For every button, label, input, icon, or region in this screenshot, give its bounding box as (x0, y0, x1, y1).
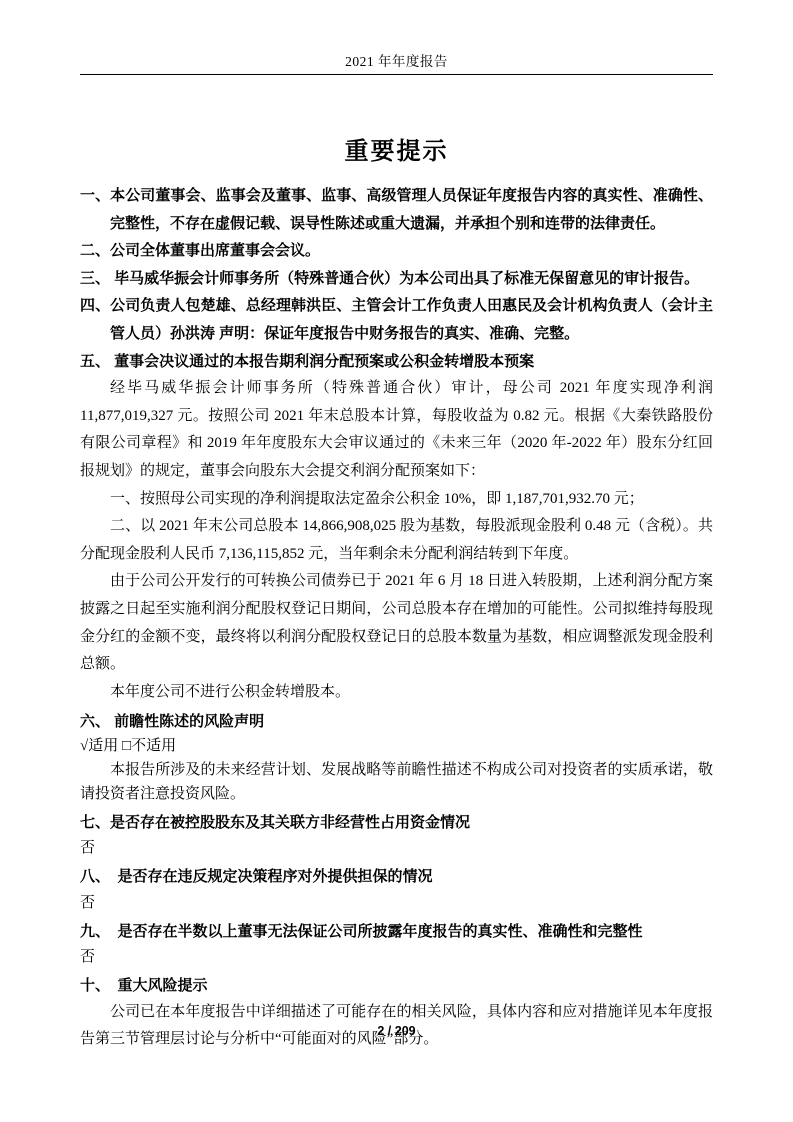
section-9-heading: 九、 是否存在半数以上董事无法保证公司所披露年度报告的真实性、准确性和完整性 (80, 920, 713, 945)
section-6-heading: 六、 前瞻性陈述的风险声明 (80, 710, 713, 735)
applicable-label: 适用 (88, 738, 118, 754)
section-7-heading: 七、是否存在被控股股东及其关联方非经营性占用资金情况 (80, 811, 713, 836)
page-title: 重要提示 (80, 131, 713, 166)
not-applicable-label: 不适用 (131, 738, 176, 754)
page-number: 2 / 209 (0, 1024, 793, 1038)
section-6-paragraph-1: 本报告所涉及的未来经营计划、发展战略等前瞻性描述不构成公司对投资者的实质承诺，敬… (80, 758, 713, 807)
section-5-paragraph-3: 本年度公司不进行公积金转增股本。 (80, 679, 713, 707)
document-body: 一、本公司董事会、监事会及董事、监事、高级管理人员保证年度报告内容的真实性、准确… (80, 182, 713, 1054)
section-5-heading: 五、 董事会决议通过的本报告期利润分配预案或公积金转增股本预案 (80, 348, 713, 376)
report-title: 2021 年年度报告 (80, 50, 713, 70)
checkbox-empty-icon: □ (122, 738, 131, 754)
section-10-heading: 十、 重大风险提示 (80, 974, 713, 999)
section-2: 二、公司全体董事出席董事会会议。 (80, 237, 713, 265)
section-5-item-1: 一、按照母公司实现的净利润提取法定盈余公积金 10%，即 1,187,701,9… (80, 486, 713, 514)
section-7-answer: 否 (80, 835, 713, 861)
applicability-line: √适用 □不适用 (80, 735, 713, 758)
section-5-paragraph-1: 经毕马威华振会计师事务所（特殊普通合伙）审计，母公司 2021 年度实现净利润 … (80, 375, 713, 485)
section-1: 一、本公司董事会、监事会及董事、监事、高级管理人员保证年度报告内容的真实性、准确… (80, 182, 713, 237)
section-3: 三、 毕马威华振会计师事务所（特殊普通合伙）为本公司出具了标准无保留意见的审计报… (80, 265, 713, 293)
closing-sections: 六、 前瞻性陈述的风险声明 √适用 □不适用 本报告所涉及的未来经营计划、发展战… (80, 710, 713, 1054)
section-8-heading: 八、 是否存在违反规定决策程序对外提供担保的情况 (80, 865, 713, 890)
header-divider (80, 74, 713, 75)
section-5-paragraph-2: 由于公司公开发行的可转换公司债券已于 2021 年 6 月 18 日进入转股期，… (80, 568, 713, 678)
section-8-answer: 否 (80, 890, 713, 916)
section-4: 四、公司负责人包楚雄、总经理韩洪臣、主管会计工作负责人田惠民及会计机构负责人（会… (80, 292, 713, 347)
document-page: 2021 年年度报告 重要提示 一、本公司董事会、监事会及董事、监事、高级管理人… (0, 0, 793, 1054)
section-9-answer: 否 (80, 944, 713, 970)
section-5-item-2: 二、以 2021 年末公司总股本 14,866,908,025 股为基数，每股派… (80, 513, 713, 568)
running-header: 2021 年年度报告 (80, 0, 713, 75)
check-icon: √ (80, 738, 88, 754)
